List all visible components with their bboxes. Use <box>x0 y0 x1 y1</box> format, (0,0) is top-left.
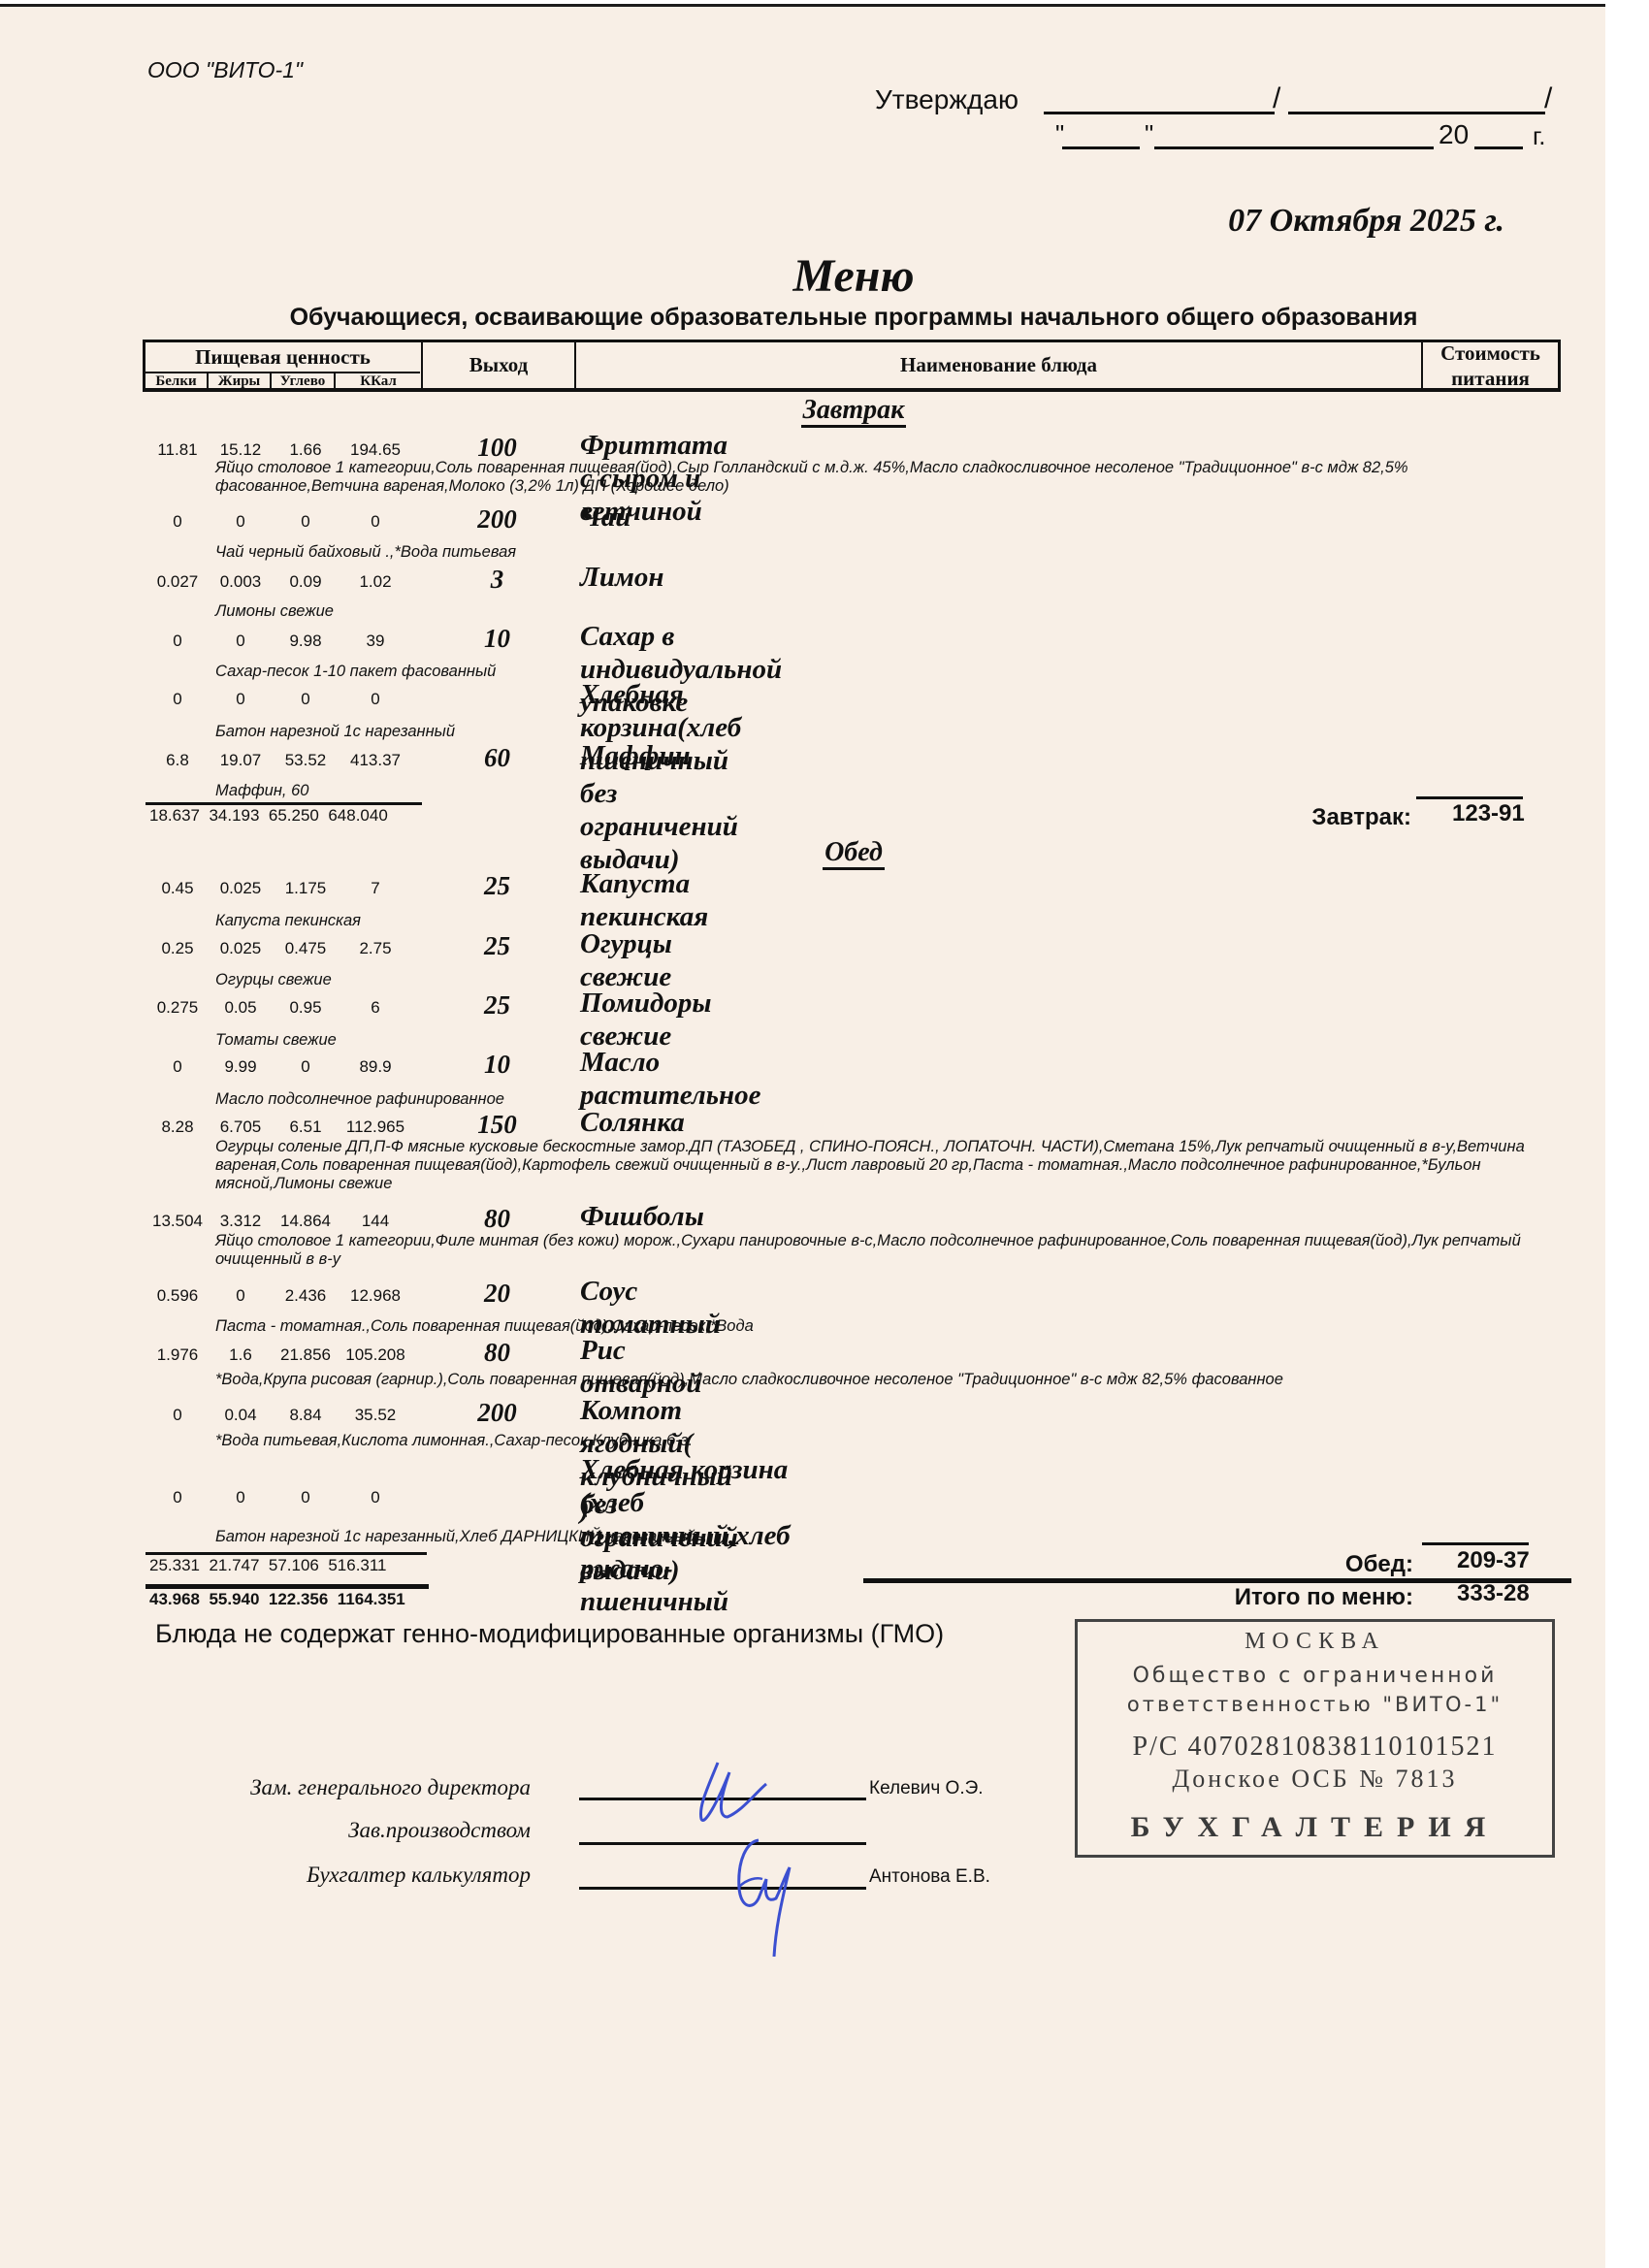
kcal-header: ККал <box>336 372 421 391</box>
nutrient-carbs: 0.95 <box>272 998 339 1018</box>
nutrient-protein: 0 <box>144 1406 211 1425</box>
dish-ingredients: *Вода питьевая,Кислота лимонная.,Сахар-п… <box>215 1432 1564 1450</box>
dish-ingredients: Маффин, 60 <box>215 782 1564 800</box>
protein-header: Белки <box>145 372 209 391</box>
nutrient-kcal: 0 <box>341 512 409 532</box>
lunch-totals-rule <box>145 1552 427 1555</box>
signature-name-accountant: Антонова Е.В. <box>869 1866 990 1888</box>
grand-nutrition-totals: 43.968 55.940 122.356 1164.351 <box>149 1590 405 1609</box>
gmo-note: Блюда не содержат генно-модифицированные… <box>155 1619 944 1649</box>
nutrient-carbs: 6.51 <box>272 1118 339 1137</box>
stamp-line2: ответственностью "ВИТО-1" <box>1075 1693 1555 1716</box>
nutrient-kcal: 6 <box>341 998 409 1018</box>
dish-ingredients: Лимоны свежие <box>215 602 1564 621</box>
nutrient-carbs: 21.856 <box>272 1345 339 1365</box>
lunch-cost-value: 209-37 <box>1457 1547 1530 1574</box>
section-lunch-title: Обед <box>0 837 1649 868</box>
nutrient-carbs: 8.84 <box>272 1406 339 1425</box>
approve-slash-end: / <box>1544 82 1552 115</box>
handwritten-signatures <box>669 1733 863 1957</box>
portion-output: 80 <box>456 1338 538 1368</box>
portion-output: 25 <box>456 871 538 901</box>
nutrient-fat: 0 <box>207 512 275 532</box>
approve-month-line <box>1154 146 1434 149</box>
approve-name-line <box>1288 112 1545 114</box>
portion-output: 10 <box>456 1050 538 1080</box>
lunch-cost-rule <box>1422 1542 1529 1545</box>
breakfast-nutrition-totals: 18.637 34.193 65.250 648.040 <box>149 806 388 826</box>
nutrient-carbs: 0 <box>272 690 339 709</box>
document-page: ООО "ВИТО-1" Утверждаю / / " " 20 г. 07 … <box>0 4 1605 2268</box>
nutrition-header: Пищевая ценность <box>145 342 420 373</box>
nutrient-fat: 0 <box>207 632 275 651</box>
approve-year-suffix: г. <box>1533 121 1546 151</box>
breakfast-cost-rule <box>1416 796 1523 799</box>
nutrient-kcal: 105.208 <box>341 1345 409 1365</box>
page-title: Меню <box>0 249 1649 303</box>
approve-signature-line <box>1044 112 1275 114</box>
dish-ingredients: Яйцо столовое 1 категории,Филе минтая (б… <box>215 1232 1564 1269</box>
nutrient-fat: 0 <box>207 1286 275 1306</box>
dish-name: Лимон <box>580 561 664 594</box>
nutrient-fat: 3.312 <box>207 1212 275 1231</box>
nutrient-fat: 6.705 <box>207 1118 275 1137</box>
dish-ingredients: Чай черный байховый .,*Вода питьевая <box>215 543 1564 562</box>
nutrient-fat: 9.99 <box>207 1057 275 1077</box>
portion-output: 200 <box>456 1398 538 1428</box>
nutrient-protein: 6.8 <box>144 751 211 770</box>
portion-output: 20 <box>456 1279 538 1309</box>
stamp-department: БУХГАЛТЕРИЯ <box>1075 1811 1555 1844</box>
nutrient-kcal: 39 <box>341 632 409 651</box>
portion-output: 10 <box>456 624 538 654</box>
approve-slash: / <box>1273 82 1280 115</box>
nutrient-kcal: 12.968 <box>341 1286 409 1306</box>
fat-header: Жиры <box>209 372 272 391</box>
nutrient-kcal: 35.52 <box>341 1406 409 1425</box>
stamp-bank: Донское ОСБ № 7813 <box>1075 1765 1555 1794</box>
approve-date-quote-close: " <box>1145 119 1153 149</box>
section-breakfast-title: Завтрак <box>0 395 1649 426</box>
dish-ingredients: Батон нарезной 1с нарезанный,Хлеб ДАРНИЦ… <box>215 1528 1564 1546</box>
nutrient-fat: 0 <box>207 690 275 709</box>
nutrient-protein: 8.28 <box>144 1118 211 1137</box>
dish-name: Солянка <box>580 1106 685 1139</box>
nutrient-carbs: 0 <box>272 1057 339 1077</box>
approve-date-quote-open: " <box>1055 119 1064 149</box>
nutrient-protein: 11.81 <box>144 440 211 460</box>
nutrient-protein: 0.596 <box>144 1286 211 1306</box>
nutrient-protein: 0.25 <box>144 939 211 958</box>
nutrient-fat: 0.05 <box>207 998 275 1018</box>
nutrient-carbs: 1.66 <box>272 440 339 460</box>
dish-ingredients: *Вода,Крупа рисовая (гарнир.),Соль повар… <box>215 1371 1564 1389</box>
portion-output: 60 <box>456 743 538 773</box>
signature-role-accountant: Бухгалтер калькулятор <box>307 1863 531 1888</box>
grand-totals-rule <box>145 1584 429 1589</box>
nutrient-protein: 0 <box>144 690 211 709</box>
nutrient-fat: 0 <box>207 1488 275 1507</box>
nutrient-carbs: 1.175 <box>272 879 339 898</box>
nutrient-fat: 0.04 <box>207 1406 275 1425</box>
cost-header-line1: Стоимость <box>1440 340 1540 366</box>
portion-output: 25 <box>456 990 538 1021</box>
nutrient-protein: 0.027 <box>144 572 211 592</box>
nutrient-protein: 0 <box>144 1488 211 1507</box>
nutrient-kcal: 0 <box>341 1488 409 1507</box>
dish-ingredients: Паста - томатная.,Соль поваренная пищева… <box>215 1317 1564 1336</box>
portion-output: 80 <box>456 1204 538 1234</box>
approve-day-line <box>1062 146 1140 149</box>
company-stamp: МОСКВА Общество с ограниченной ответстве… <box>1075 1619 1555 1858</box>
nutrient-carbs: 0.09 <box>272 572 339 592</box>
portion-output: 25 <box>456 931 538 961</box>
dish-ingredients: Капуста пекинская <box>215 912 1564 930</box>
stamp-account: Р/С 40702810838110101521 <box>1075 1732 1555 1763</box>
nutrient-protein: 0 <box>144 512 211 532</box>
breakfast-cost-label: Завтрак: <box>1311 804 1411 831</box>
nutrient-kcal: 7 <box>341 879 409 898</box>
portion-output: 3 <box>456 565 538 595</box>
nutrient-kcal: 1.02 <box>341 572 409 592</box>
dish-ingredients: Масло подсолнечное рафинированное <box>215 1090 1564 1109</box>
dish-name: Рис отварной <box>580 1334 702 1400</box>
nutrient-fat: 19.07 <box>207 751 275 770</box>
nutrient-kcal: 112.965 <box>341 1118 409 1137</box>
nutrient-protein: 1.976 <box>144 1345 211 1365</box>
page-subtitle: Обучающиеся, осваивающие образовательные… <box>0 304 1649 332</box>
nutrient-carbs: 9.98 <box>272 632 339 651</box>
nutrient-kcal: 144 <box>341 1212 409 1231</box>
nutrient-kcal: 2.75 <box>341 939 409 958</box>
approve-year-prefix: 20 <box>1439 119 1469 150</box>
lunch-nutrition-totals: 25.331 21.747 57.106 516.311 <box>149 1556 387 1575</box>
stamp-city: МОСКВА <box>1075 1629 1555 1655</box>
nutrient-fat: 0.025 <box>207 879 275 898</box>
dish-ingredients: Сахар-песок 1-10 пакет фасованный <box>215 663 1564 681</box>
output-header: Выход <box>423 342 576 388</box>
stamp-line1: Общество с ограниченной <box>1075 1664 1555 1688</box>
dish-ingredients: Томаты свежие <box>215 1031 1564 1050</box>
menu-date: 07 Октября 2025 г. <box>1228 203 1504 240</box>
nutrient-fat: 0.025 <box>207 939 275 958</box>
nutrient-kcal: 413.37 <box>341 751 409 770</box>
portion-output: 200 <box>456 504 538 535</box>
nutrition-header-group: Пищевая ценность Белки Жиры Углево ККал <box>145 342 423 388</box>
grand-cost-value: 333-28 <box>1457 1580 1530 1607</box>
nutrient-protein: 0.275 <box>144 998 211 1018</box>
nutrient-protein: 13.504 <box>144 1212 211 1231</box>
dish-name-header: Наименование блюда <box>576 342 1423 388</box>
dish-ingredients: Огурцы свежие <box>215 971 1564 989</box>
nutrient-carbs: 0.475 <box>272 939 339 958</box>
nutrient-carbs: 53.52 <box>272 751 339 770</box>
nutrient-carbs: 0 <box>272 1488 339 1507</box>
breakfast-totals-rule <box>145 802 422 805</box>
nutrient-fat: 0.003 <box>207 572 275 592</box>
nutrient-kcal: 194.65 <box>341 440 409 460</box>
dish-name: Чай <box>580 501 630 534</box>
approve-label: Утверждаю <box>875 84 1018 115</box>
cost-header: Стоимость питания <box>1423 342 1558 388</box>
nutrient-carbs: 14.864 <box>272 1212 339 1231</box>
table-header: Пищевая ценность Белки Жиры Углево ККал … <box>143 340 1561 392</box>
lunch-cost-label: Обед: <box>1345 1551 1413 1578</box>
approve-year-line <box>1474 146 1523 149</box>
nutrient-fat: 15.12 <box>207 440 275 460</box>
breakfast-cost-value: 123-91 <box>1452 800 1525 827</box>
dish-ingredients: Батон нарезной 1с нарезанный <box>215 723 1564 741</box>
cost-header-line2: питания <box>1451 366 1530 391</box>
dish-ingredients: Яйцо столовое 1 категории,Соль поваренна… <box>215 459 1564 496</box>
signature-role-deputy-director: Зам. генерального директора <box>250 1775 531 1800</box>
nutrient-kcal: 0 <box>341 690 409 709</box>
nutrient-carbs: 2.436 <box>272 1286 339 1306</box>
carbs-header: Углево <box>272 372 336 391</box>
portion-output: 150 <box>456 1110 538 1140</box>
signature-role-production-head: Зав.производством <box>348 1818 531 1843</box>
nutrient-fat: 1.6 <box>207 1345 275 1365</box>
dish-name: Маффин <box>580 739 691 772</box>
dish-name: Фишболы <box>580 1200 704 1233</box>
nutrient-protein: 0 <box>144 1057 211 1077</box>
nutrient-protein: 0.45 <box>144 879 211 898</box>
dish-ingredients: Огурцы соленые ДП,П-Ф мясные кусковые бе… <box>215 1138 1564 1193</box>
nutrient-carbs: 0 <box>272 512 339 532</box>
nutrient-protein: 0 <box>144 632 211 651</box>
organization-name: ООО "ВИТО-1" <box>147 57 303 83</box>
signature-name-deputy-director: Келевич О.Э. <box>869 1778 984 1799</box>
grand-cost-label: Итого по меню: <box>1235 1584 1413 1611</box>
nutrient-kcal: 89.9 <box>341 1057 409 1077</box>
